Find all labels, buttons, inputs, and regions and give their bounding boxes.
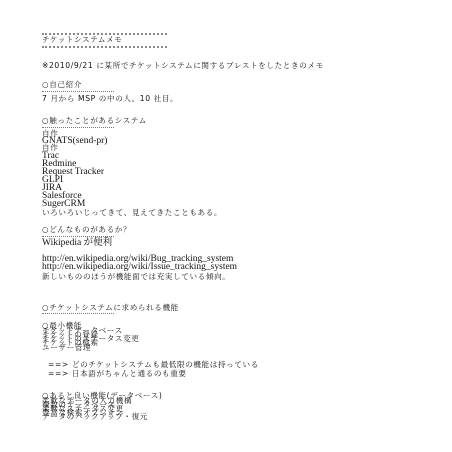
overlap-line: ユーザー管理 bbox=[42, 345, 91, 350]
what-footer: 新しいもののほうが機能面では充実している傾向。 bbox=[42, 272, 230, 282]
document-note: ※2010/9/21 に某所でチケットシステムに関するブレストをしたときのメモ bbox=[42, 61, 324, 71]
intro-line: 7 月から MSP の中の人。10 社目。 bbox=[42, 94, 178, 104]
systems-footer: いろいろいじってきて、見えてきたこともある。 bbox=[42, 208, 222, 218]
section-heading-systems: ○触ったことがあるシステム bbox=[42, 116, 147, 126]
wikipedia-line: Wikipedia が便利 bbox=[42, 238, 112, 248]
section-heading-features: ○チケットシステムに求められる機能 bbox=[42, 303, 179, 313]
wiki-link[interactable]: http://en.wikipedia.org/wiki/Issue_track… bbox=[42, 262, 237, 272]
overlap-line: データのバックアップ・復元 bbox=[42, 414, 148, 419]
title-rule-bottom bbox=[42, 46, 167, 48]
section-rule bbox=[42, 91, 114, 92]
section-rule bbox=[42, 313, 114, 314]
section-rule bbox=[42, 236, 114, 237]
section-rule bbox=[42, 127, 114, 128]
document-page: チケットシステムメモ ※2010/9/21 に某所でチケットシステムに関するブレ… bbox=[0, 0, 452, 452]
feature-note: ==> 日本語がちゃんと通るのも重要 bbox=[48, 369, 187, 379]
document-title: チケットシステムメモ bbox=[42, 35, 123, 45]
section-heading-intro: ○自己紹介 bbox=[42, 80, 82, 90]
section-heading-what: ○どんなものがあるか？ bbox=[42, 225, 131, 235]
